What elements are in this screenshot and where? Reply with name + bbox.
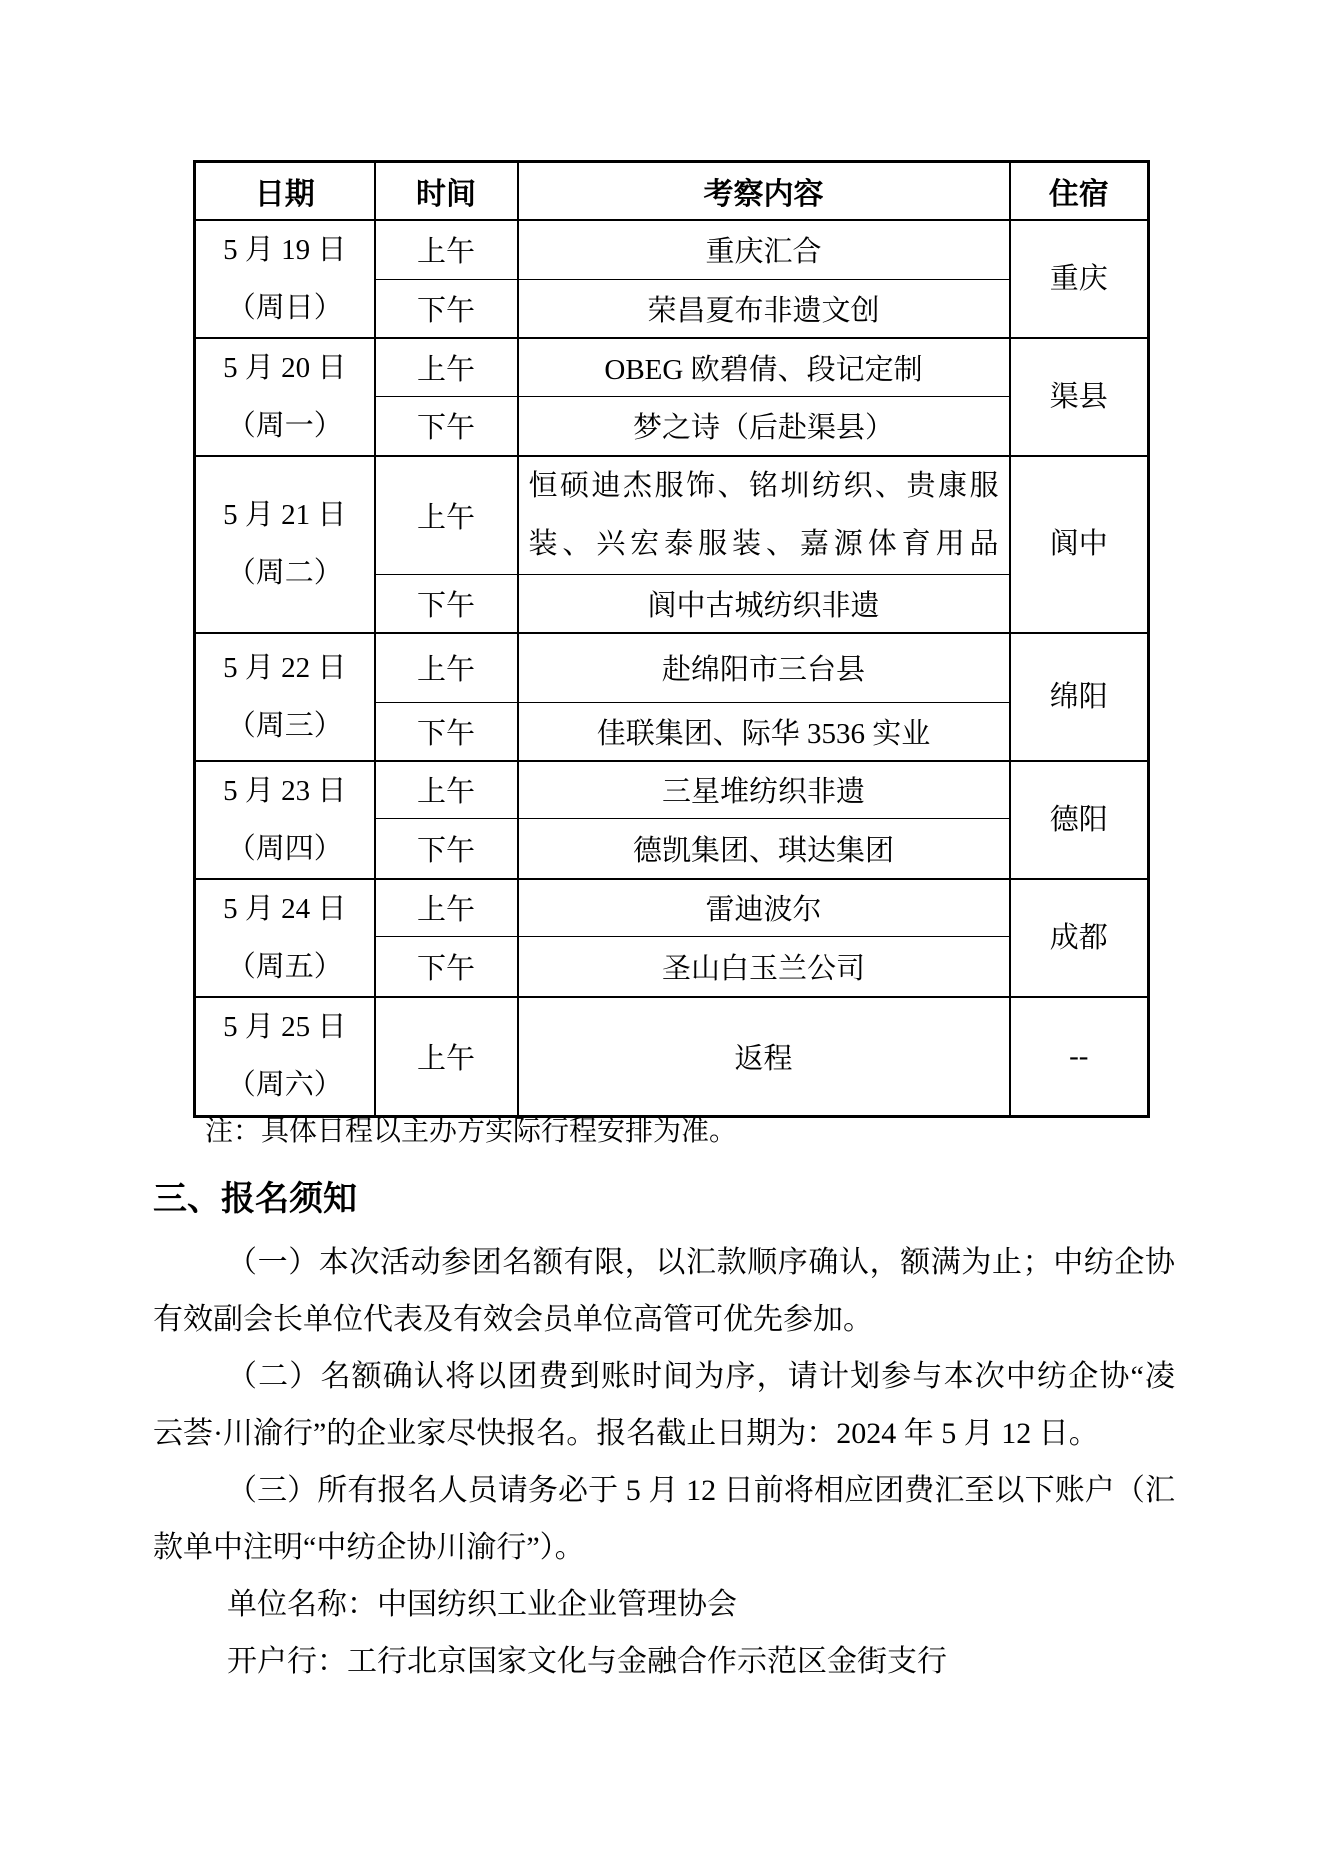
time-cell: 下午: [375, 575, 518, 633]
paragraph-line: 云荟·川渝行”的企业家尽快报名。报名截止日期为：2024 年 5 月 12 日。: [153, 1405, 1175, 1462]
time-cell: 上午: [375, 879, 518, 937]
lodging-cell: 重庆: [1010, 220, 1149, 338]
date-cell: 5 月 21 日 （周二）: [195, 456, 375, 633]
table-row: 5 月 22 日 （周三） 上午 赴绵阳市三台县 绵阳: [195, 633, 1149, 703]
date-line: 5 月 19 日: [196, 221, 374, 279]
time-cell: 下午: [375, 703, 518, 761]
time-cell: 下午: [375, 279, 518, 338]
time-cell: 上午: [375, 761, 518, 819]
lodging-cell: 渠县: [1010, 338, 1149, 456]
content-cell: 德凯集团、琪达集团: [518, 819, 1010, 879]
table-row: 5 月 23 日 （周四） 上午 三星堆纺织非遗 德阳: [195, 761, 1149, 819]
content-cell: 三星堆纺织非遗: [518, 761, 1010, 819]
time-cell: 下午: [375, 819, 518, 879]
time-cell: 下午: [375, 397, 518, 456]
content-line: 恒硕迪杰服饰、铭圳纺织、贵康服: [529, 457, 999, 515]
header-date: 日期: [195, 162, 375, 220]
date-cell: 5 月 22 日 （周三）: [195, 633, 375, 761]
content-cell: 恒硕迪杰服饰、铭圳纺织、贵康服 装、兴宏泰服装、嘉源体育用品: [518, 456, 1010, 575]
content-cell: 雷迪波尔: [518, 879, 1010, 937]
date-cell: 5 月 20 日 （周一）: [195, 338, 375, 456]
date-cell: 5 月 19 日 （周日）: [195, 220, 375, 338]
time-cell: 上午: [375, 633, 518, 703]
notice-body: （一）本次活动参团名额有限，以汇款顺序确认，额满为止；中纺企协 有效副会长单位代…: [153, 1234, 1175, 1690]
lodging-cell: 阆中: [1010, 456, 1149, 633]
content-cell: 阆中古城纺织非遗: [518, 575, 1010, 633]
weekday-line: （周一）: [196, 397, 374, 455]
header-time: 时间: [375, 162, 518, 220]
time-cell: 上午: [375, 338, 518, 397]
date-line: 5 月 24 日: [196, 880, 374, 938]
lodging-cell: --: [1010, 997, 1149, 1117]
content-cell: 圣山白玉兰公司: [518, 937, 1010, 997]
paragraph-line: （二）名额确认将以团费到账时间为序，请计划参与本次中纺企协“凌: [153, 1348, 1175, 1405]
table-row: 5 月 20 日 （周一） 上午 OBEG 欧碧倩、段记定制 渠县: [195, 338, 1149, 397]
weekday-line: （周六）: [196, 1056, 374, 1114]
content-cell: 荣昌夏布非遗文创: [518, 279, 1010, 338]
date-cell: 5 月 24 日 （周五）: [195, 879, 375, 997]
account-name-line: 单位名称：中国纺织工业企业管理协会: [153, 1576, 1175, 1633]
paragraph-line: （一）本次活动参团名额有限，以汇款顺序确认，额满为止；中纺企协: [153, 1234, 1175, 1291]
paragraph-line: 有效副会长单位代表及有效会员单位高管可优先参加。: [153, 1291, 1175, 1348]
lodging-cell: 成都: [1010, 879, 1149, 997]
table-row: 5 月 19 日 （周日） 上午 重庆汇合 重庆: [195, 220, 1149, 280]
weekday-line: （周五）: [196, 938, 374, 996]
date-cell: 5 月 25 日 （周六）: [195, 997, 375, 1117]
content-cell: 梦之诗（后赴渠县）: [518, 397, 1010, 456]
paragraph-line: 款单中注明“中纺企协川渝行”）。: [153, 1519, 1175, 1576]
date-line: 5 月 23 日: [196, 762, 374, 820]
header-content: 考察内容: [518, 162, 1010, 220]
weekday-line: （周三）: [196, 697, 374, 755]
date-cell: 5 月 23 日 （周四）: [195, 761, 375, 879]
itinerary-table: 日期 时间 考察内容 住宿 5 月 19 日 （周日） 上午 重庆汇合 重庆 下…: [193, 160, 1150, 1118]
date-line: 5 月 20 日: [196, 339, 374, 397]
paragraph-line: （三）所有报名人员请务必于 5 月 12 日前将相应团费汇至以下账户（汇: [153, 1462, 1175, 1519]
content-cell: 佳联集团、际华 3536 实业: [518, 703, 1010, 761]
lodging-cell: 绵阳: [1010, 633, 1149, 761]
bank-line: 开户行：工行北京国家文化与金融合作示范区金街支行: [153, 1633, 1175, 1690]
table-header-row: 日期 时间 考察内容 住宿: [195, 162, 1149, 220]
weekday-line: （周二）: [196, 544, 374, 602]
document-page: 日期 时间 考察内容 住宿 5 月 19 日 （周日） 上午 重庆汇合 重庆 下…: [0, 0, 1323, 1871]
content-cell: 重庆汇合: [518, 220, 1010, 280]
date-line: 5 月 21 日: [196, 486, 374, 544]
content-cell: OBEG 欧碧倩、段记定制: [518, 338, 1010, 397]
date-line: 5 月 22 日: [196, 639, 374, 697]
weekday-line: （周四）: [196, 820, 374, 878]
table-row: 5 月 21 日 （周二） 上午 恒硕迪杰服饰、铭圳纺织、贵康服 装、兴宏泰服装…: [195, 456, 1149, 575]
lodging-cell: 德阳: [1010, 761, 1149, 879]
header-lodging: 住宿: [1010, 162, 1149, 220]
time-cell: 上午: [375, 997, 518, 1117]
section-heading: 三、报名须知: [153, 1178, 357, 1222]
table-row: 5 月 25 日 （周六） 上午 返程 --: [195, 997, 1149, 1117]
time-cell: 下午: [375, 937, 518, 997]
time-cell: 上午: [375, 456, 518, 575]
content-line: 装、兴宏泰服装、嘉源体育用品: [529, 515, 999, 573]
date-line: 5 月 25 日: [196, 998, 374, 1056]
table-note: 注：具体日程以主办方实际行程安排为准。: [205, 1114, 737, 1150]
weekday-line: （周日）: [196, 279, 374, 337]
table-row: 5 月 24 日 （周五） 上午 雷迪波尔 成都: [195, 879, 1149, 937]
content-cell: 赴绵阳市三台县: [518, 633, 1010, 703]
content-cell: 返程: [518, 997, 1010, 1117]
time-cell: 上午: [375, 220, 518, 280]
